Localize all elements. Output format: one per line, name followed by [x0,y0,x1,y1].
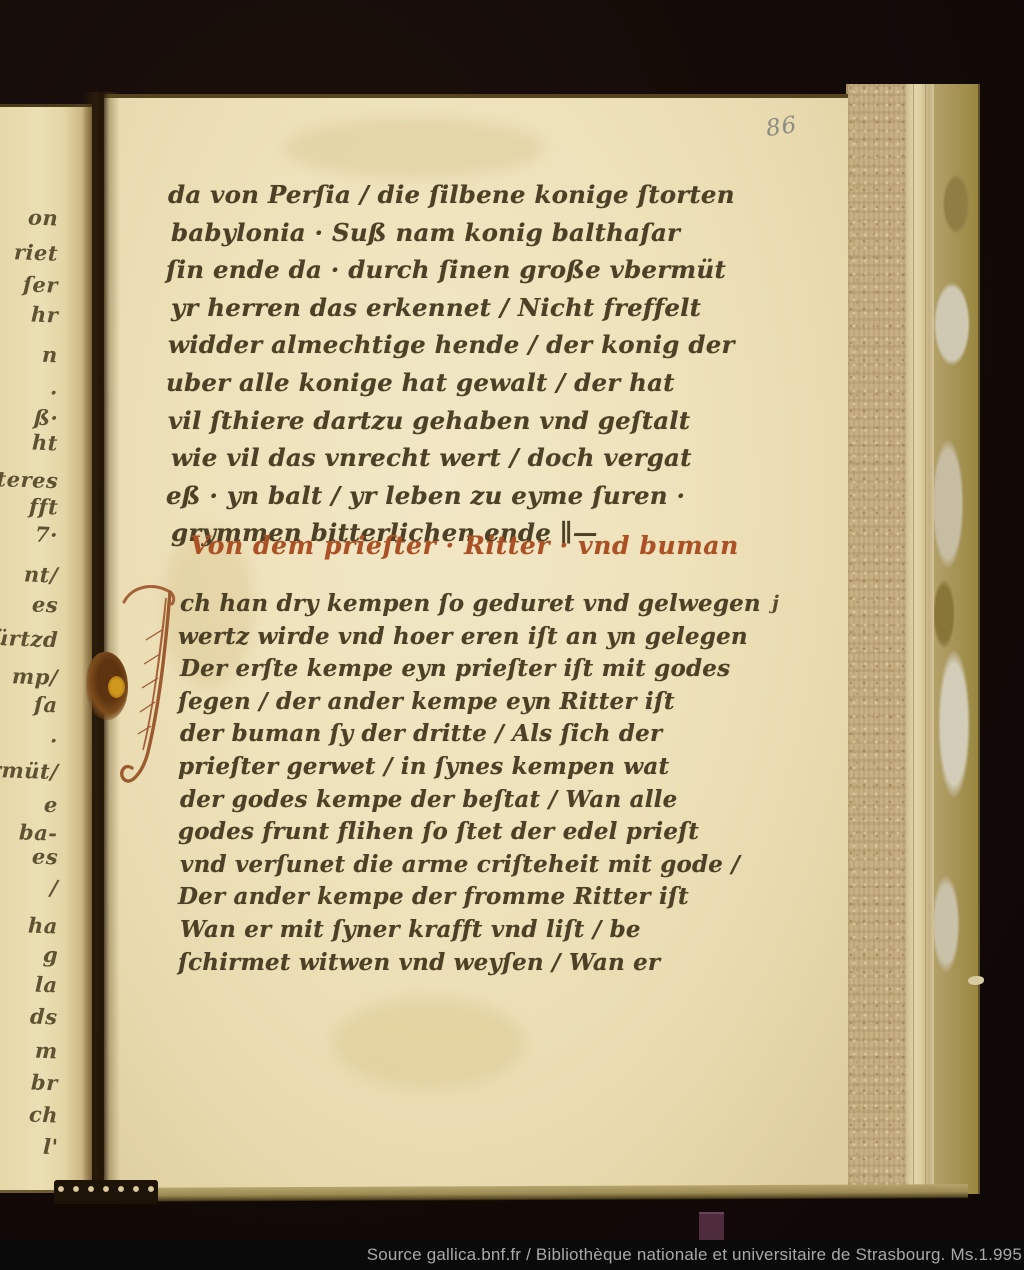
facing-page-text-fragment: ba- [19,820,58,845]
facing-page-text-fragment: m [35,1039,59,1064]
facing-page-text-fragment: ſer [23,272,59,297]
text-line: Der erſte kempe eyn prieſter iſt mit god… [180,653,761,686]
text-line: ſchirmet witwen vnd weyſen / Wan er [178,947,761,980]
text-line: der godes kempe der beſtat / Wan alle [180,784,761,817]
text-line: widder almechtige hende / der konig der [168,326,735,364]
facing-page-text-fragment: ſa [34,693,58,718]
book-fore-edge [846,84,978,1194]
facing-page-text-fragment: rmüt/ [0,758,58,784]
fore-edge-light-strip [906,84,934,1194]
binding-sewing-dots [54,1180,158,1204]
facing-page-text-fragment: on [27,205,58,230]
facing-page-text-fragment: · [50,381,59,405]
text-line: godes frunt flihen ſo ſtet der edel prie… [178,816,761,849]
facing-page-text-fragment: ha [28,913,59,938]
text-line: ch han dry kempen ſo geduret vnd gelwege… [180,588,761,621]
margin-annotation-mark: j [772,592,779,614]
facing-page-text-fragment: g [42,943,58,968]
text-line: ſegen / der ander kempe eyn Ritter iſt [178,686,761,719]
facing-page-text-fragment: n [42,343,59,368]
facing-page-text-fragment: e [44,793,59,817]
facing-page-text-fragment: · [50,729,59,753]
parchment-stain [284,118,544,178]
text-line: vnd verſunet die arme criſteheit mit god… [180,849,761,882]
text-line: vil ſthiere dartzu gehaben vnd geſtalt [168,402,735,440]
text-line: ſin ende da · durch ſinen große vbermüt [166,251,735,289]
text-line: uber alle konige hat gewalt / der hat [166,364,735,402]
text-line: Wan er mit ſyner krafft vnd liſt / be [180,914,761,947]
facing-page-text-fragment: riet [13,240,58,266]
text-line: wertz wirde vnd hoer eren iſt an yn gele… [178,621,761,654]
facing-page-text-fragment: br [31,1071,59,1096]
facing-page-sliver: on riet ſer hr n · ß· ht ſteres fft 7· n… [0,104,92,1193]
text-line: da von Perſia / die ſilbene konige ſtort… [168,176,735,214]
page-block-bottom-edge [106,1184,968,1202]
facing-page-text-fragment: ch [29,1103,59,1128]
text-line: prieſter gerwet / in ſynes kempen wat [178,751,761,784]
source-caption-bar: Source gallica.bnf.fr / Bibliothèque nat… [0,1240,1024,1270]
facing-page-text-fragment: mp/ [12,664,59,690]
facing-page-text-fragment: 7· [35,523,59,548]
debris-fleck [968,976,984,985]
facing-page-text-fragment: la [35,973,58,998]
facing-page-text-fragment: / [49,876,58,900]
manuscript-scan-photo: on riet ſer hr n · ß· ht ſteres fft 7· n… [0,0,1024,1270]
facing-page-text-fragment: es [31,593,58,618]
facing-page-text-fragment: l' [42,1135,58,1160]
folio-number: 86 [764,112,799,142]
facing-page-text-fragment: hr [30,303,58,328]
facing-page-text-fragment: es [31,845,58,870]
facing-page-text-fragment: fft [28,494,58,519]
facing-page-text-fragment: ds [30,1005,58,1030]
facing-page-text-fragment: ß· [33,406,58,431]
manuscript-paragraph-2: ch han dry kempen ſo geduret vnd gelwege… [178,588,761,979]
fore-edge-speckled-band [846,84,908,1194]
facing-page-text-fragment: ht [32,431,59,456]
text-line: Der ander kempe der fromme Ritter iſt [178,881,761,914]
facing-page-text-fragment: nt/ [23,562,58,587]
facing-page-text-fragment: ſteres [0,467,58,493]
parchment-stain [334,998,524,1088]
text-line: wie vil das vnrecht wert / doch vergat [171,439,735,477]
text-line: babylonia · Suß nam konig balthaſar [171,214,735,252]
manuscript-paragraph-1: da von Perſia / die ſilbene konige ſtort… [168,176,735,552]
text-line: eß · yn balt / yr leben zu eyme ſuren · [166,477,735,515]
text-line: der buman ſy der dritte / Als ſich der [180,718,761,751]
gold-pigment-spot [108,676,125,698]
text-line: yr herren das erkennet / Nicht freffelt [171,289,735,327]
binding-torn-parchment-band [934,84,980,1194]
book-gutter-shadow [82,92,120,1194]
rubric-heading: Von dem prieſter · Ritter · vnd buman [190,531,739,561]
source-caption-text: Source gallica.bnf.fr / Bibliothèque nat… [367,1245,1024,1265]
facing-page-text-fragment: ürtzd [0,626,58,652]
